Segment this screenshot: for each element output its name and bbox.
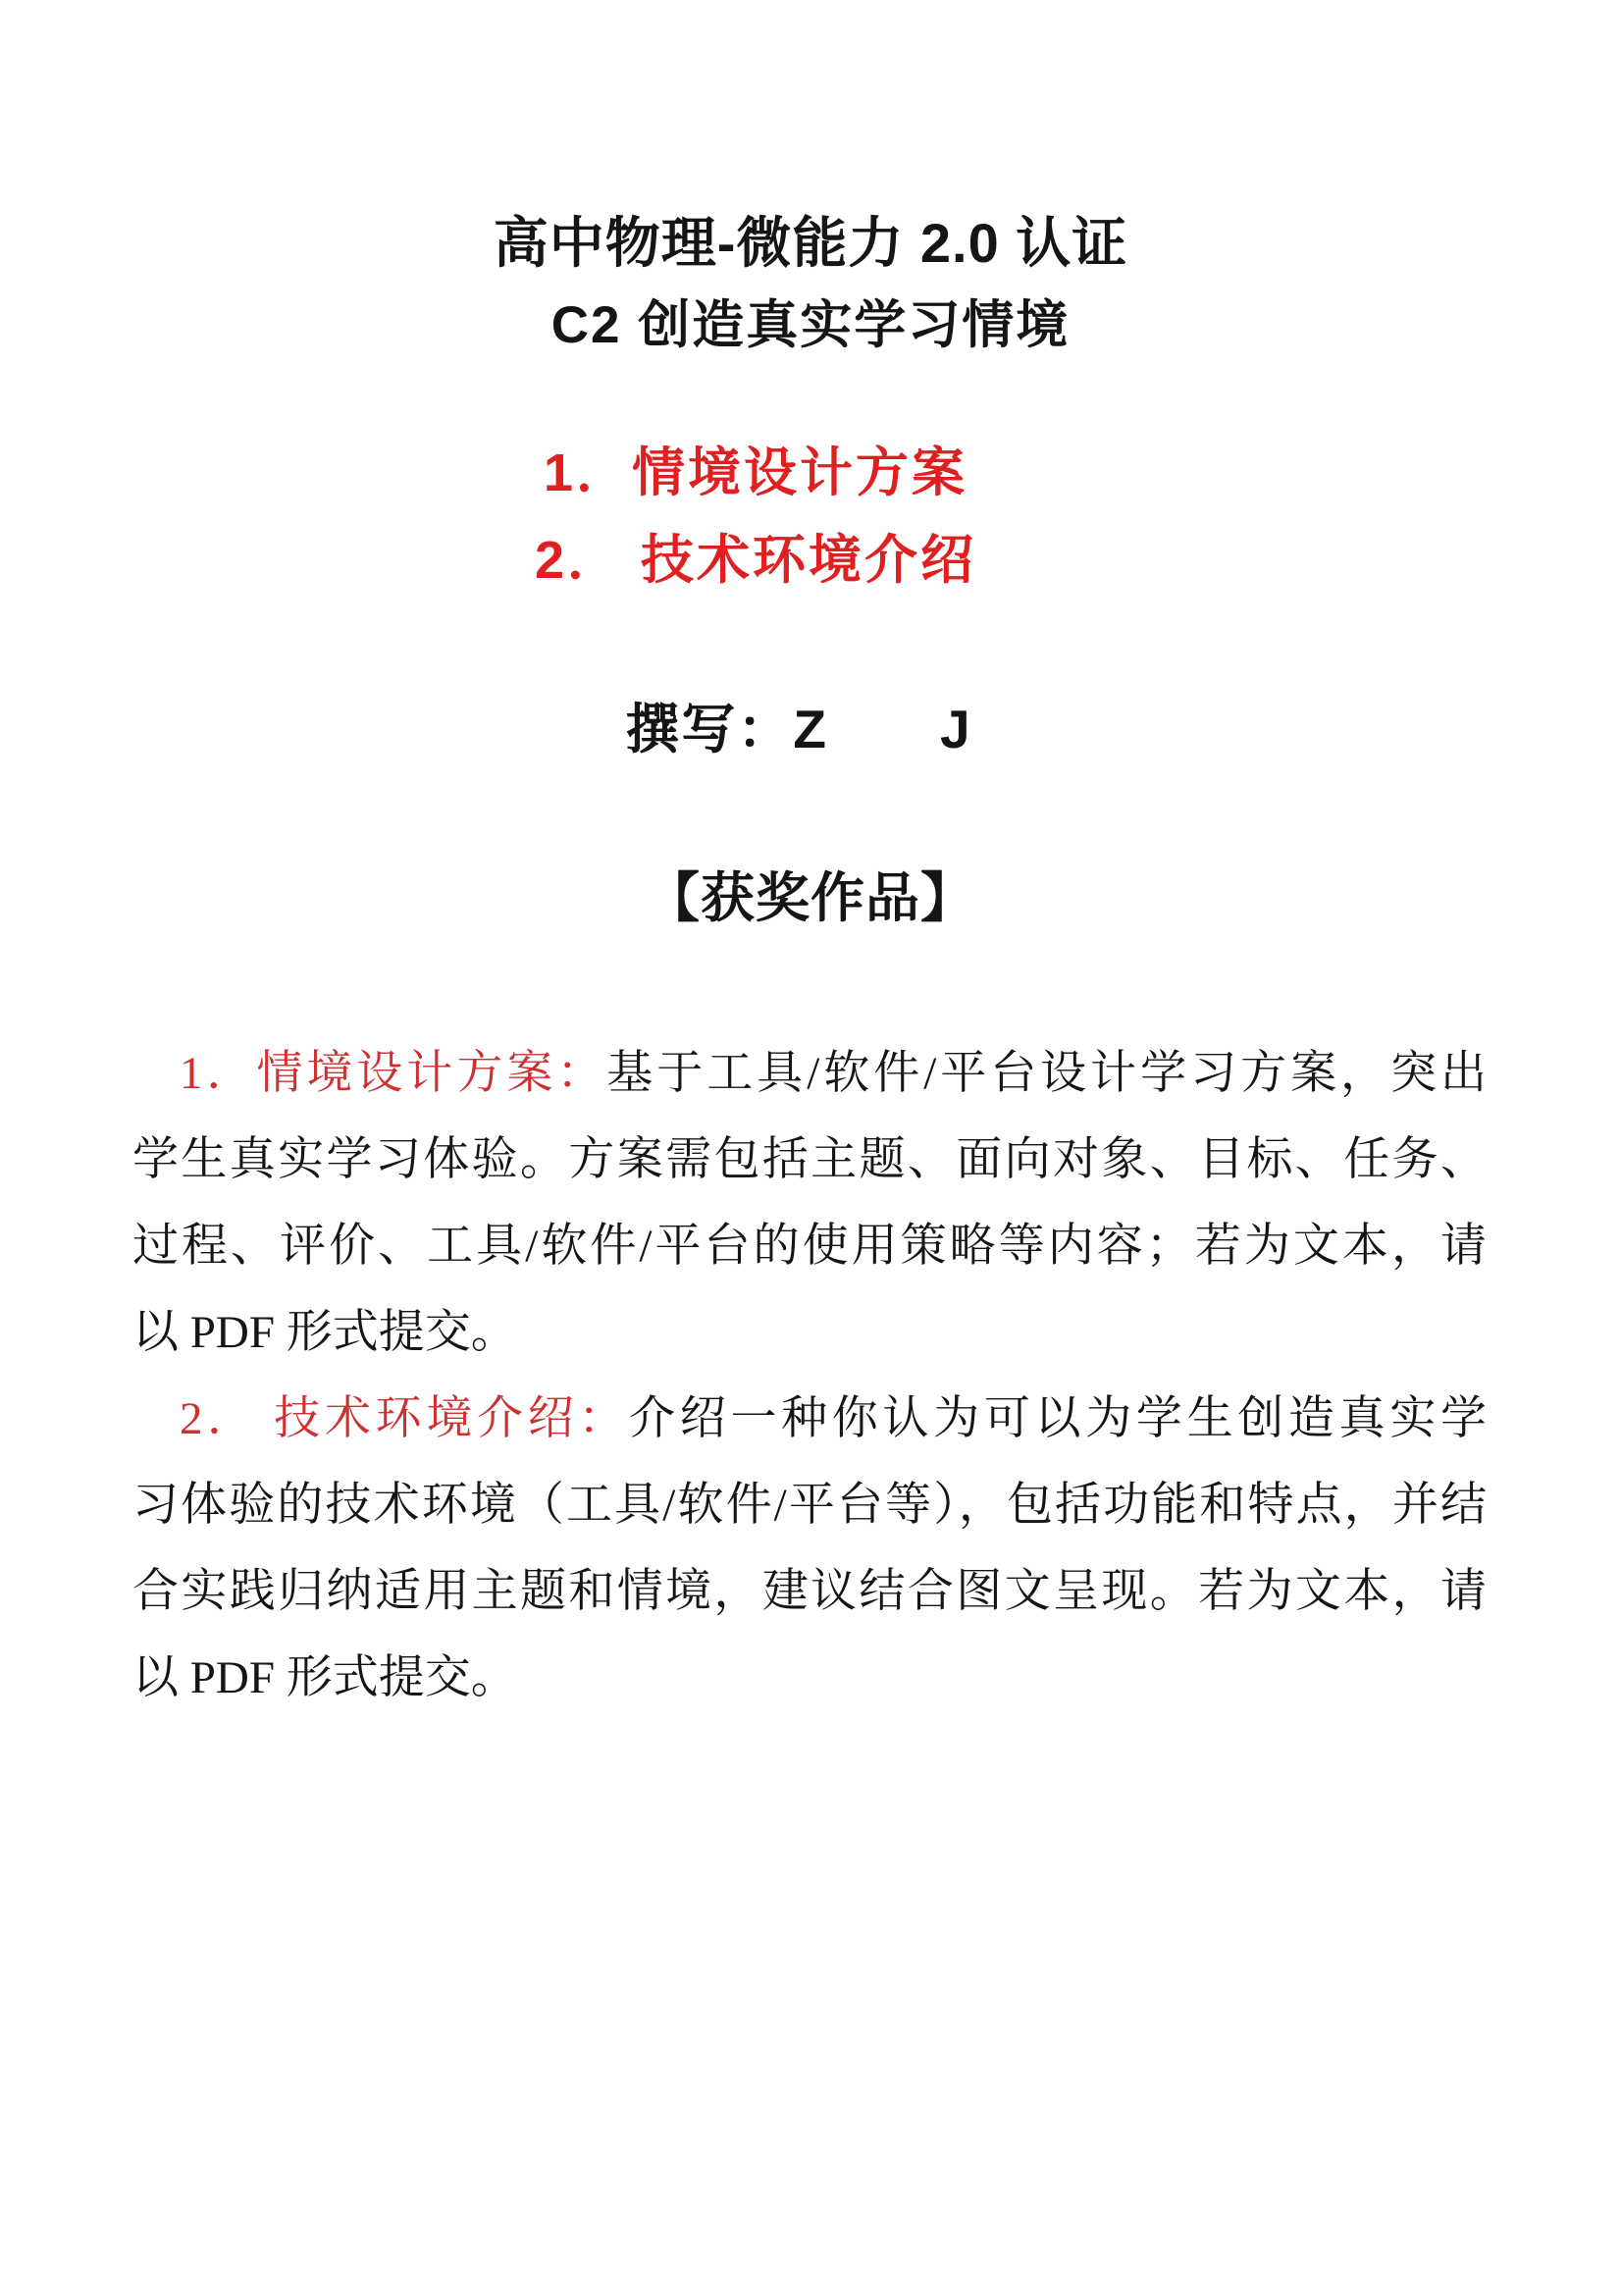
p2-line-4: 以 PDF 形式提交。 — [132, 1635, 1487, 1721]
p1-line-1: 1．情境设计方案：基于工具/软件/平台设计学习方案，突出 — [132, 1030, 1487, 1117]
body-text: 1．情境设计方案：基于工具/软件/平台设计学习方案，突出 学生真实学习体验。方案… — [132, 1030, 1487, 1721]
p1-label: 1．情境设计方案： — [180, 1048, 606, 1099]
red-list-item-2: 2． 技术环境介绍 — [0, 529, 1566, 593]
p1-line-1-text: 基于工具/软件/平台设计学习方案，突出 — [606, 1048, 1487, 1099]
title-line-2: C2 创造真实学习情境 — [0, 294, 1621, 357]
p2-line-1: 2． 技术环境介绍：介绍一种你认为可以为学生创造真实学 — [132, 1376, 1487, 1462]
p1-line-4: 以 PDF 形式提交。 — [132, 1289, 1487, 1376]
p1-line-2: 学生真实学习体验。方案需包括主题、面向对象、目标、任务、 — [132, 1117, 1487, 1203]
red-list-item-1: 1．情境设计方案 — [0, 442, 1566, 505]
p1-line-3: 过程、评价、工具/软件/平台的使用策略等内容；若为文本，请 — [132, 1203, 1487, 1289]
award-banner: 【获奖作品】 — [0, 865, 1621, 930]
p2-line-3: 合实践归纳适用主题和情境，建议结合图文呈现。若为文本，请 — [132, 1548, 1487, 1635]
paragraph-2: 2． 技术环境介绍：介绍一种你认为可以为学生创造真实学 习体验的技术环境（工具/… — [132, 1376, 1487, 1721]
p2-line-1-text: 介绍一种你认为可以为学生创造真实学 — [629, 1393, 1487, 1444]
paragraph-1: 1．情境设计方案：基于工具/软件/平台设计学习方案，突出 学生真实学习体验。方案… — [132, 1030, 1487, 1376]
title-line-1: 高中物理-微能力 2.0 认证 — [0, 210, 1621, 276]
p2-line-2: 习体验的技术环境（工具/软件/平台等），包括功能和特点，并结 — [132, 1462, 1487, 1548]
author-line: 撰写：Z J — [0, 697, 1609, 761]
document-page: 高中物理-微能力 2.0 认证 C2 创造真实学习情境 1．情境设计方案 2． … — [0, 0, 1621, 2296]
p2-label: 2． 技术环境介绍： — [180, 1393, 629, 1444]
